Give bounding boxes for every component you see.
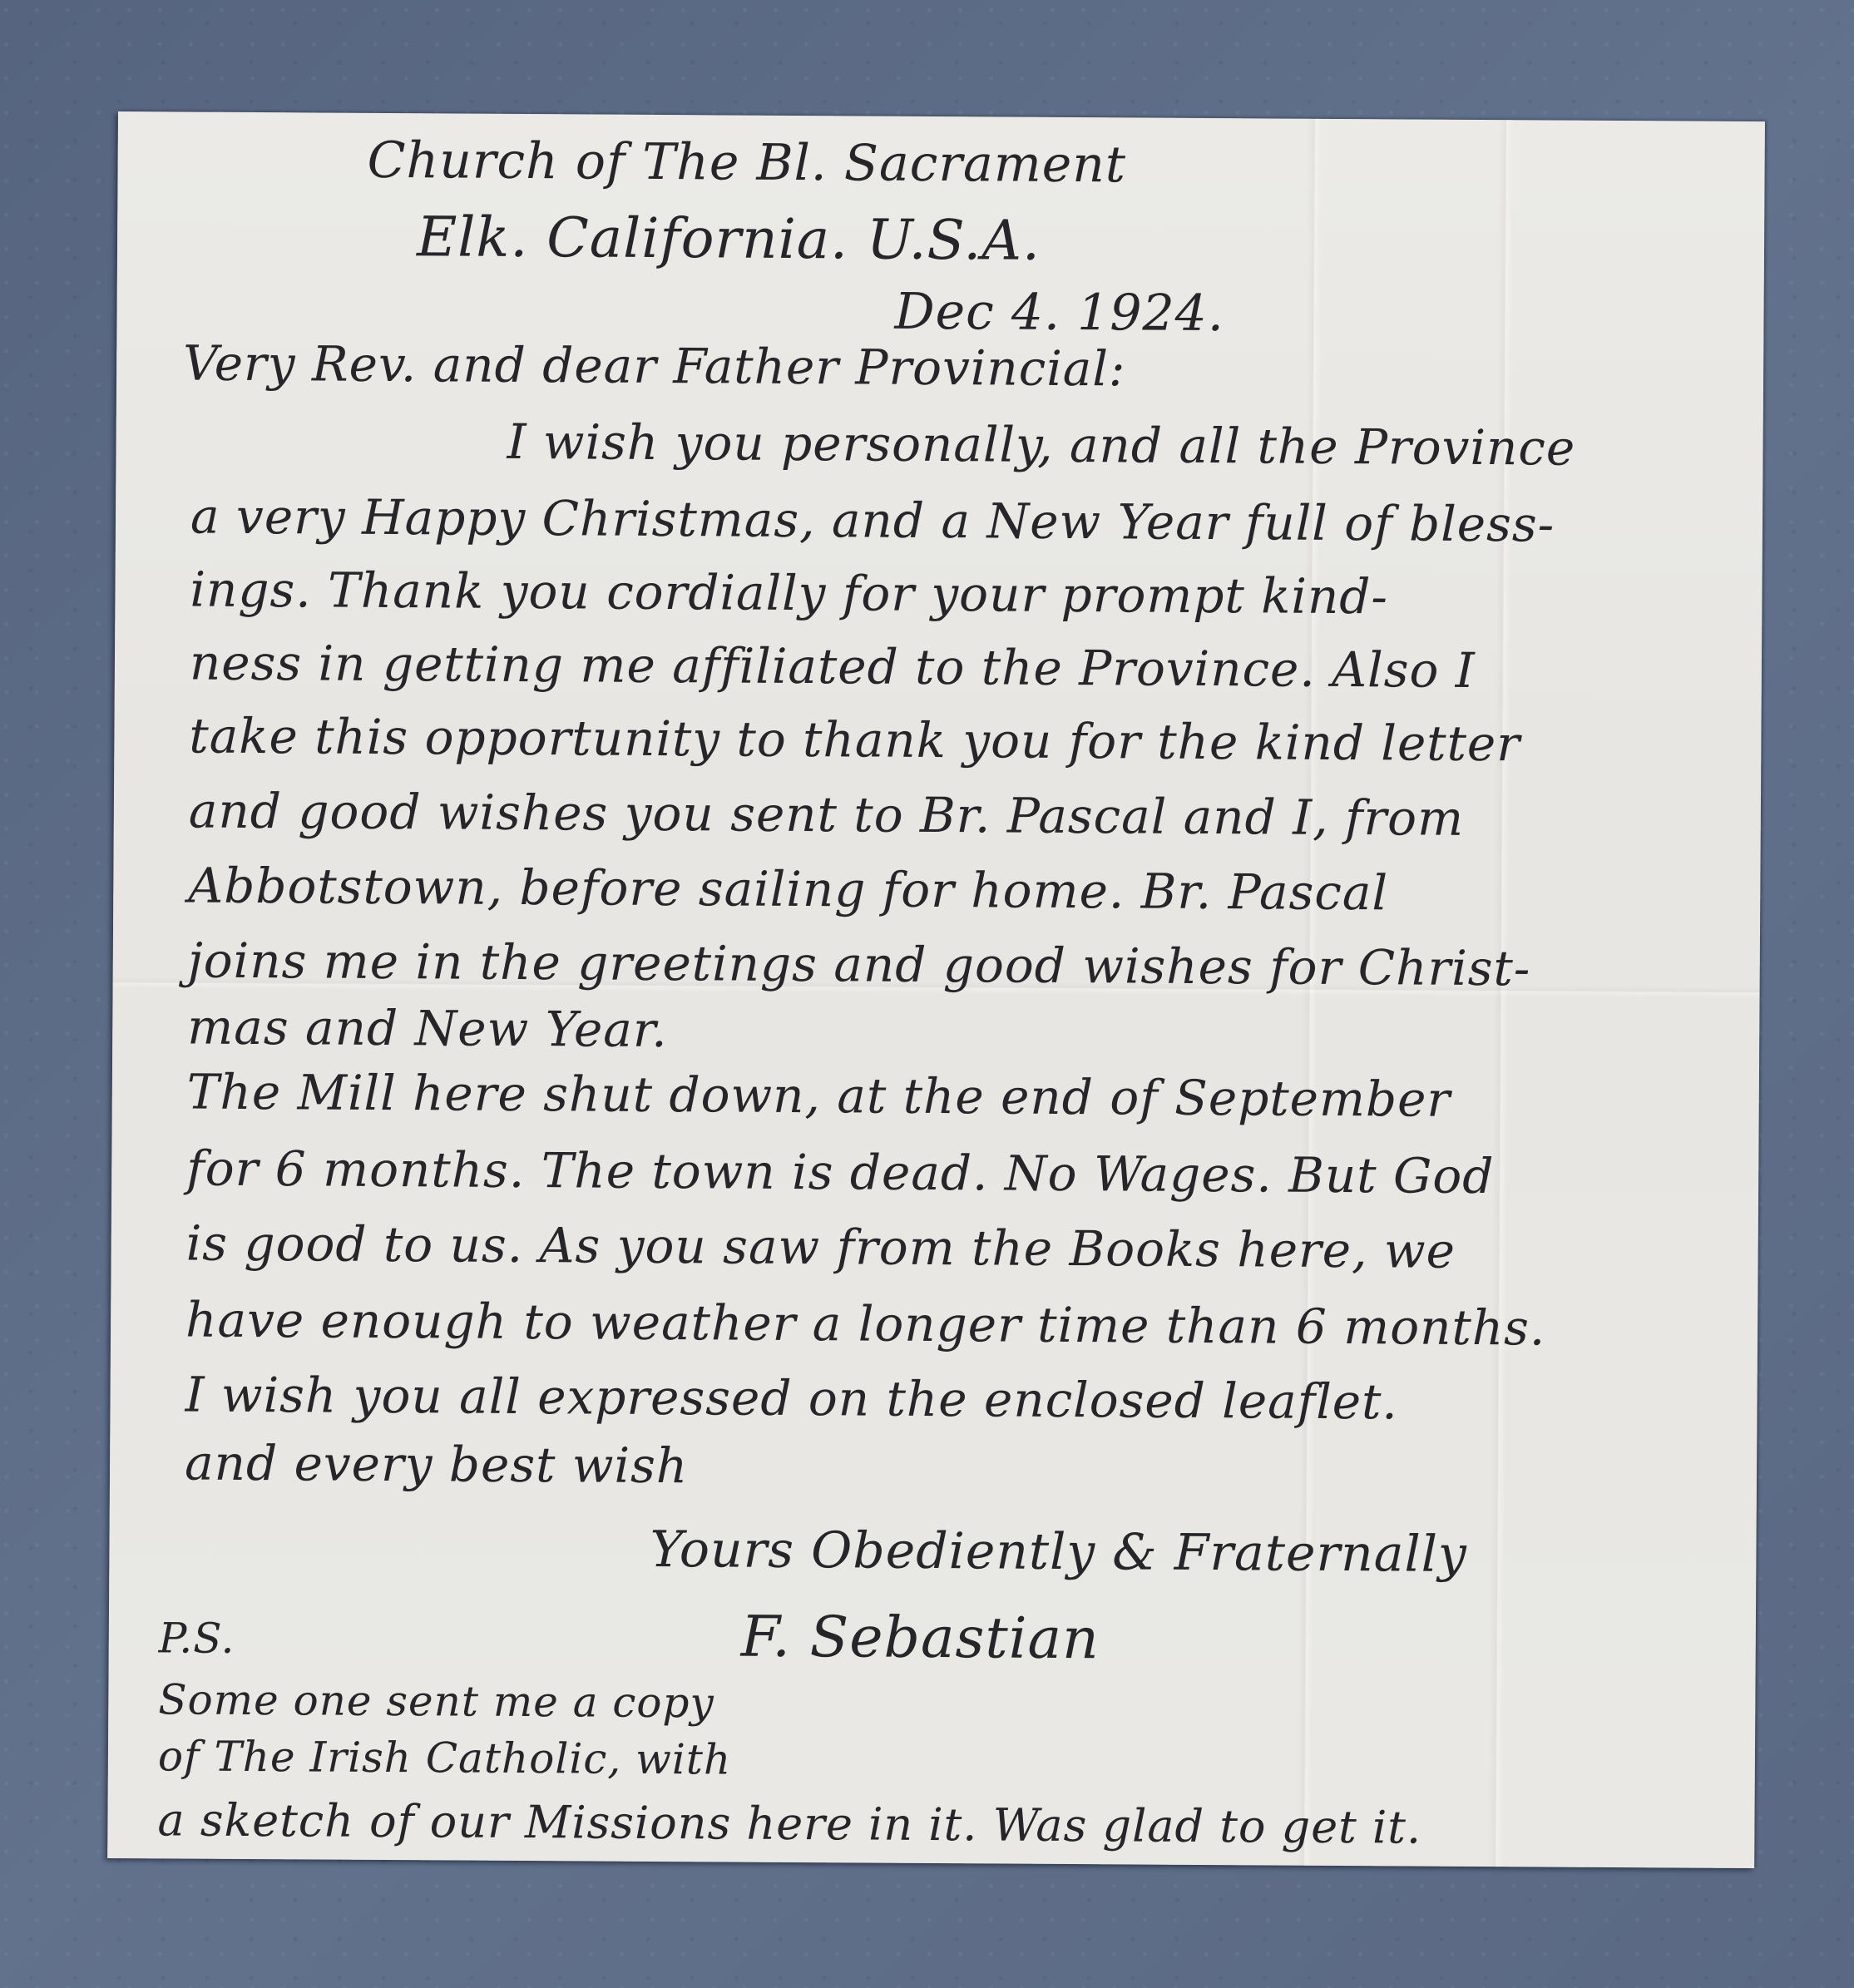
body-line: and every best wish (185, 1435, 689, 1495)
body-line: joins me in the greetings and good wishe… (188, 932, 1531, 997)
postscript-line: Some one sent me a copy (158, 1675, 714, 1727)
salutation: Very Rev. and dear Father Provincial: (183, 334, 1126, 397)
body-line: The Mill here shut down, at the end of S… (187, 1064, 1451, 1128)
postscript-label: P.S. (159, 1614, 235, 1663)
body-line: take this opportunity to thank you for t… (189, 708, 1520, 773)
body-line: Abbotstown, before sailing for home. Br.… (188, 858, 1388, 922)
signature: F. Sebastian (741, 1605, 1100, 1673)
body-line: ness in getting me affiliated to the Pro… (190, 635, 1476, 699)
letterhead-church: Church of The Bl. Sacrament (367, 131, 1126, 195)
body-line: a very Happy Christmas, and a New Year f… (190, 488, 1555, 553)
letter-date: Dec 4. 1924. (894, 283, 1224, 343)
body-line: is good to us. As you saw from the Books… (185, 1215, 1456, 1279)
closing: Yours Obediently & Fraternally (650, 1521, 1467, 1584)
body-line: mas and New Year. (187, 999, 668, 1059)
postscript-line: of The Irish Catholic, with (158, 1732, 732, 1783)
body-line: ings. Thank you cordially for your promp… (190, 561, 1388, 626)
body-line: have enough to weather a longer time tha… (185, 1292, 1546, 1357)
letter-paper: Church of The Bl. Sacrament Elk. Califor… (107, 111, 1765, 1868)
letterhead-location: Elk. California. U.S.A. (417, 205, 1041, 273)
body-line: I wish you personally, and all the Provi… (507, 413, 1575, 477)
body-line: I wish you all expressed on the enclosed… (185, 1367, 1398, 1431)
body-line: and good wishes you sent to Br. Pascal a… (189, 783, 1465, 847)
body-line: for 6 months. The town is dead. No Wages… (186, 1140, 1495, 1205)
postscript-line: a sketch of our Missions here in it. Was… (157, 1793, 1421, 1853)
